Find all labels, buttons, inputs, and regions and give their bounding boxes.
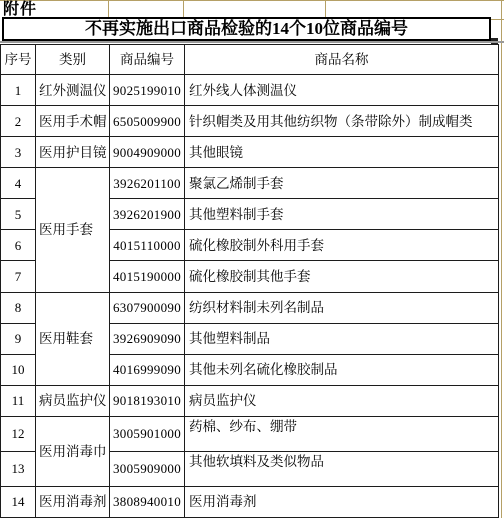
row-no-cell: 13 [1,451,36,486]
col-header-category: 类别 [36,45,110,75]
code-cell: 3808940010 [110,486,185,517]
row-no-cell: 3 [1,137,36,168]
name-cell: 其他软填料及类似物品 [185,451,499,486]
category-cell-merged: 医用手套 [36,168,110,292]
row-no-cell: 1 [1,75,36,106]
table-row: 1 红外测温仪 9025199010 红外线人体测温仪 [1,75,499,106]
category-cell-merged: 医用鞋套 [36,292,110,385]
title-box: 不再实施出口商品检验的14个10位商品编号 [2,17,491,41]
code-cell: 3005901000 [110,416,185,451]
name-cell: 药棉、纱布、绷带 [185,416,499,451]
name-cell: 其他未列名硫化橡胶制品 [185,354,499,385]
code-cell: 3926201100 [110,168,185,199]
header-row: 序号 类别 商品编号 商品名称 [1,45,499,75]
commodity-table: 序号 类别 商品编号 商品名称 1 红外测温仪 9025199010 红外线人体… [0,44,499,518]
table-row: 11 病员监护仪 9018193010 病员监护仪 [1,385,499,416]
row-no-cell: 7 [1,261,36,292]
spreadsheet-gridline [501,0,502,518]
name-cell: 病员监护仪 [185,385,499,416]
category-cell: 病员监护仪 [36,385,110,416]
table-row: 12 医用消毒巾 3005901000 药棉、纱布、绷带 [1,416,499,451]
row-no-cell: 9 [1,323,36,354]
row-no-cell: 12 [1,416,36,451]
table-row: 8 医用鞋套 6307900090 纺织材料制未列名制品 [1,292,499,323]
code-cell: 9018193010 [110,385,185,416]
code-cell: 9025199010 [110,75,185,106]
name-cell: 其他塑料制手套 [185,199,499,230]
row-no-cell: 6 [1,230,36,261]
row-no-cell: 10 [1,354,36,385]
table-row: 3 医用护目镜 9004909000 其他眼镜 [1,137,499,168]
table-row: 4 医用手套 3926201100 聚氯乙烯制手套 [1,168,499,199]
row-no-cell: 4 [1,168,36,199]
row-no-cell: 8 [1,292,36,323]
spreadsheet-gridline [325,0,326,17]
spreadsheet-gridline [0,0,504,1]
code-cell: 3926201900 [110,199,185,230]
name-cell: 硫化橡胶制外科用手套 [185,230,499,261]
document-page: 附件 不再实施出口商品检验的14个10位商品编号 序号 类别 商品编号 商品名称… [0,0,504,520]
category-cell: 医用护目镜 [36,137,110,168]
code-cell: 6505009900 [110,106,185,137]
name-cell: 其他塑料制品 [185,323,499,354]
category-cell: 医用消毒剂 [36,486,110,517]
category-cell: 医用手术帽 [36,106,110,137]
code-cell: 4016999090 [110,354,185,385]
col-header-no: 序号 [1,45,36,75]
code-cell: 3926909090 [110,323,185,354]
name-cell: 红外线人体测温仪 [185,75,499,106]
row-no-cell: 11 [1,385,36,416]
row-no-cell: 2 [1,106,36,137]
name-cell: 其他眼镜 [185,137,499,168]
code-cell: 3005909000 [110,451,185,486]
table-row: 2 医用手术帽 6505009900 针织帽类及用其他纺织物（条带除外）制成帽类 [1,106,499,137]
code-cell: 4015110000 [110,230,185,261]
page-title: 不再实施出口商品检验的14个10位商品编号 [85,19,408,39]
divider-rule [0,41,504,43]
category-cell: 红外测温仪 [36,75,110,106]
code-cell: 4015190000 [110,261,185,292]
col-header-name: 商品名称 [185,45,499,75]
name-cell: 聚氯乙烯制手套 [185,168,499,199]
row-no-cell: 5 [1,199,36,230]
name-cell: 针织帽类及用其他纺织物（条带除外）制成帽类 [185,106,499,137]
code-cell: 9004909000 [110,137,185,168]
row-no-cell: 14 [1,486,36,517]
name-cell: 纺织材料制未列名制品 [185,292,499,323]
name-cell: 医用消毒剂 [185,486,499,517]
category-cell-merged: 医用消毒巾 [36,416,110,486]
name-cell: 硫化橡胶制其他手套 [185,261,499,292]
code-cell: 6307900090 [110,292,185,323]
col-header-code: 商品编号 [110,45,185,75]
table-row: 14 医用消毒剂 3808940010 医用消毒剂 [1,486,499,517]
